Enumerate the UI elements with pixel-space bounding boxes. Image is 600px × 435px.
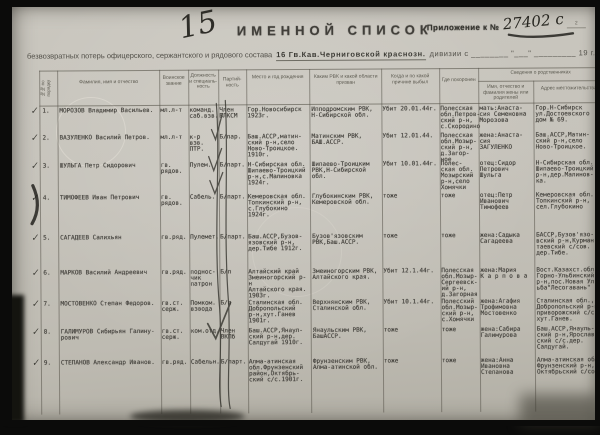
soldier-name: ГАЛИМУРОВ Сибирьян Галину- рович bbox=[61, 329, 160, 342]
annex-label: Приложение к № bbox=[427, 23, 500, 32]
relative-address: Баш.АССР,Матин- ский р-н,село Ново-Троиц… bbox=[536, 132, 600, 150]
relative: жена:Анаста- сия ЗАГУЛЕНКО bbox=[480, 133, 533, 151]
table-row: ✓ 8. ГАЛИМУРОВ Сибирьян Галину- рович гв… bbox=[13, 326, 600, 331]
check-mark-icon: ✓ bbox=[31, 299, 40, 310]
table-row: ✓ 9. СТЕПАНОВ Александр Иванов. гв.ряд. … bbox=[13, 357, 600, 362]
relative-address: Кемеровская обл. Топкинский р-н, сел.Глу… bbox=[536, 192, 600, 210]
soldier-name: ШУЛЬГА Петр Сидорович bbox=[60, 163, 159, 170]
casualty: тоже bbox=[383, 193, 439, 199]
row-number: 5. bbox=[43, 235, 59, 241]
party: Б/пар. bbox=[220, 134, 246, 140]
col-header-relative: Имя, отчество и фамилия жены или родител… bbox=[479, 85, 532, 102]
row-number: 3. bbox=[43, 163, 59, 169]
casualty: тоже bbox=[384, 327, 440, 333]
duty: Сабель. bbox=[190, 195, 218, 201]
duty: к-р взв. ПТР. bbox=[190, 135, 218, 153]
birthplace: Баш.АССР,Бузов- язовский р-н, дер.Тибе 1… bbox=[248, 234, 309, 252]
relative: жена:Агафия Трофимовна Мостовенко bbox=[481, 299, 534, 317]
rank: гв.ряд. bbox=[161, 235, 188, 241]
party: Член ВКПб bbox=[221, 328, 247, 340]
row-number: 9. bbox=[44, 360, 60, 366]
party: Б/парт. bbox=[220, 234, 246, 240]
col-header-duty: Должность и специаль- ность bbox=[189, 74, 217, 91]
unit-name: 16 Гв.Кав.Черниговской краснозн. bbox=[276, 50, 426, 61]
col-header-party: Партий- ность bbox=[219, 77, 245, 88]
drafted-by: Бузов'язовским РВК,Баш.АССР. bbox=[312, 234, 381, 246]
col-header-burial: Где похоронен bbox=[440, 78, 477, 84]
check-mark-icon: ✓ bbox=[30, 193, 39, 204]
corner-mark: 2 bbox=[567, 20, 586, 28]
col-header-drafted: Каким РВК и какой области призван bbox=[311, 75, 380, 87]
soldier-name: МОРОЗОВ Владимир Васильев. bbox=[59, 108, 158, 115]
handwritten-annex-number: 27402 с bbox=[502, 10, 564, 34]
duty: Сабельн. bbox=[191, 360, 219, 366]
relative: мать:Анаста- сия Семеновна Морозова bbox=[479, 106, 532, 124]
burial-place: Полесская обл.Мозыр- Сергеевск- ий р-н, … bbox=[441, 268, 478, 298]
soldier-name: МАРКОВ Василий Андреевич bbox=[60, 270, 159, 277]
burial-place: Полесский обл.Мозыр- ский р-н, с.Хомячки bbox=[442, 299, 479, 323]
check-mark-icon: ✓ bbox=[30, 161, 39, 172]
table-row: ✓ 5. САГАДЕЕВ Салихьян гв.ряд. Пулемет. … bbox=[12, 232, 600, 237]
party: Б/парт. bbox=[220, 194, 246, 200]
birthplace: Баш.АССР,матин- ский р-н,село Ново-Троиц… bbox=[248, 134, 309, 158]
birthplace: Алма-атинская обл.Фрунзенский район,Октя… bbox=[249, 359, 310, 383]
check-mark-icon: ✓ bbox=[30, 106, 39, 117]
casualty: Убит 20.01.44г. bbox=[382, 106, 438, 112]
document-subtitle: безвозвратных потерь офицерского, сержан… bbox=[27, 49, 599, 62]
drafted-by: Шипаево-Троицким РВК,Н-Сибирской обл. bbox=[312, 162, 381, 180]
rank: гв. рядов. bbox=[161, 195, 188, 207]
duty: поднос- чик патрон bbox=[190, 270, 218, 288]
duty: Помком. взвода bbox=[191, 301, 219, 313]
rank: гв.ст. серж. bbox=[162, 329, 189, 341]
rank: гв. рядов. bbox=[161, 163, 188, 175]
drafted-by: Верхнянским РВК, Сталинской обл. bbox=[313, 300, 382, 312]
burial-place: тоже bbox=[442, 358, 479, 364]
relative-address: Гор.Н-Сибирск ул.Достоевского дом № 69. bbox=[535, 105, 600, 123]
row-number: 4. bbox=[43, 195, 59, 201]
scanned-document-page: 15 ИМЕННОЙ СПИСОК Приложение к № 27402 с… bbox=[12, 7, 595, 420]
page-title: ИМЕННОЙ СПИСОК bbox=[237, 22, 433, 38]
burial-place: тоже bbox=[441, 193, 478, 199]
duty: команд. саб.взв. bbox=[189, 108, 217, 120]
birthplace: Гор.Новосибирск 1923г. bbox=[247, 107, 308, 119]
document-content: 15 ИМЕННОЙ СПИСОК Приложение к № 27402 с… bbox=[11, 5, 597, 422]
soldier-name: ТИМОФЕЕВ Иван Петрович bbox=[60, 195, 159, 202]
birthplace: Сталинская обл. Добропольский р-н,хут.Га… bbox=[249, 300, 310, 324]
burial-place: Полесская обл.Петров- ский р-н, с.Скород… bbox=[440, 106, 477, 130]
relative-address: БАССР,Бузов'язо- вский р-н,Курман- таевс… bbox=[536, 232, 600, 256]
table-row: ✓ 4. ТИМОФЕЕВ Иван Петрович гв. рядов. С… bbox=[12, 192, 600, 197]
scan-border bbox=[595, 0, 600, 426]
burial-place: тоже bbox=[441, 233, 478, 239]
rank: гв.ст. серж. bbox=[162, 301, 189, 313]
relative: жена:Садыка Сагадеева bbox=[480, 233, 533, 245]
birthplace: Н-Сибирская обл. Шипаево-Троицкий р-н,с.… bbox=[248, 162, 309, 186]
casualty: Убит 12.01.44. bbox=[383, 133, 439, 139]
check-mark-icon: ✓ bbox=[30, 133, 39, 144]
drafted-by: Глубокинским РВК, Кемеровской обл. bbox=[312, 194, 381, 206]
relative: жена:Мария К а р п о в а bbox=[480, 268, 533, 280]
burial-place: тоже bbox=[442, 327, 479, 333]
drafted-by: Ипподромским РВК, Н-Сибирской обл. bbox=[311, 107, 380, 119]
group-header-line bbox=[478, 80, 600, 82]
row-number: 6. bbox=[43, 270, 59, 276]
col-header-birthplace: Место и год рождения bbox=[247, 75, 308, 81]
rank: мл.л-т bbox=[160, 108, 187, 114]
relative-address: Сталинская обл., Добропольский р-н приво… bbox=[537, 298, 600, 322]
rank: мл.л-т bbox=[161, 135, 188, 141]
scan-border bbox=[0, 0, 600, 7]
col-header-rank: Воинское звание bbox=[160, 76, 187, 87]
scan-border bbox=[0, 0, 12, 426]
duty: Пулемет. bbox=[190, 235, 218, 241]
col-group-header-relatives: Сведения о родственниках bbox=[478, 70, 600, 76]
party: Б/п bbox=[221, 300, 247, 306]
birthplace: Баш.АССР,Янаул- ский р-н,дер. Салдугай 1… bbox=[249, 328, 310, 346]
soldier-name: МОСТОВЕНКО Степан Федоров. bbox=[61, 301, 160, 308]
col-header-number: №№ по порядку bbox=[40, 72, 55, 105]
burial-place: Полесская обл.Мозыр- ский р-н, д.Загор- … bbox=[441, 133, 478, 163]
relative: отец:Сидор Петрович Шульга bbox=[480, 161, 533, 179]
check-mark-icon: ✓ bbox=[30, 233, 39, 244]
soldier-name: ВАЗУЛЕНКО Василий Петров. bbox=[60, 135, 159, 142]
subtitle-suffix: дивизии с ________ "___" _________ 19 г. bbox=[430, 49, 596, 58]
rank: гв.ряд. bbox=[162, 360, 189, 366]
casualty: Убит 12.1.44г. bbox=[383, 268, 439, 274]
party: Б/п bbox=[220, 269, 246, 275]
relative: отец:Петр Иванович Тимофеев bbox=[480, 193, 533, 211]
subtitle-prefix: безвозвратных потерь офицерского, сержан… bbox=[27, 51, 272, 60]
row-number: 2. bbox=[43, 135, 59, 141]
burial-place: Полес- ская обл. Мозырский р-н,село Хомя… bbox=[441, 161, 478, 191]
party: Б/парт. bbox=[220, 162, 246, 168]
relative-address: Алма-атинская обл. Фрунзенский р-н, Октя… bbox=[537, 357, 600, 375]
duty: Пулем. bbox=[190, 163, 218, 169]
table-row: ✓ 3. ШУЛЬГА Петр Сидорович гв. рядов. Пу… bbox=[12, 160, 600, 165]
handwritten-sheet-number: 15 bbox=[176, 4, 221, 46]
rank: гв.ряд. bbox=[161, 270, 188, 276]
drafted-by: Змеиногорским РВК, Алтайского края. bbox=[312, 269, 381, 281]
relative-address: Баш.АССР,Янауль- ский р-н,Ярослав- ский … bbox=[537, 326, 600, 350]
table-row: ✓ 2. ВАЗУЛЕНКО Василий Петров. мл.л-т к-… bbox=[12, 132, 600, 137]
check-mark-icon: ✓ bbox=[31, 268, 40, 279]
party: Б/парт. bbox=[221, 359, 247, 365]
scan-border bbox=[0, 420, 600, 426]
row-number: 8. bbox=[44, 329, 60, 335]
relative: жена:Анна Ивановна Степанова bbox=[481, 358, 534, 376]
birthplace: Алтайский край Змеиногорский р-н Алтайск… bbox=[248, 269, 309, 299]
drafted-by: Фрунзенским РВК, Алма-атинской обл. bbox=[313, 359, 382, 371]
check-mark-icon: ✓ bbox=[31, 358, 40, 369]
relative-address: Н-Сибирская обл. Шипаево-Троицкий р-н,де… bbox=[536, 160, 600, 184]
col-header-address: Адрес местожительства bbox=[535, 86, 600, 92]
birthplace: Кемеровская обл. Топкинский р-н, с.Глубо… bbox=[248, 194, 309, 218]
party: Член ВЛКСМ bbox=[219, 107, 245, 119]
drafted-by: Матинским РВК, БАШ.АССР. bbox=[312, 134, 381, 146]
relative: жена:Сабира Галимурова bbox=[481, 327, 534, 339]
col-header-casualty: Когда и по какой причине выбыл bbox=[382, 74, 438, 86]
casualty: тоже bbox=[384, 358, 440, 364]
relative-address: Вост.Казахст.обл. Горно-Ульбинский р-н,п… bbox=[536, 267, 600, 291]
col-header-name: Фамилия, имя и отчество bbox=[59, 80, 158, 86]
casualty: Убит 10.01.44г. bbox=[383, 161, 439, 167]
row-number: 1. bbox=[42, 108, 58, 114]
check-mark-icon: ✓ bbox=[31, 327, 40, 338]
row-number: 7. bbox=[44, 301, 60, 307]
casualty: Убит 10.1.44г. bbox=[384, 299, 440, 305]
drafted-by: Янаульским РВК, БашАССР. bbox=[313, 328, 382, 340]
duty: ком.отд. bbox=[191, 329, 219, 335]
table-row: ✓ 6. МАРКОВ Василий Андреевич гв.ряд. по… bbox=[12, 267, 600, 272]
casualty: тоже bbox=[383, 233, 439, 239]
soldier-name: САГАДЕЕВ Салихьян bbox=[60, 235, 159, 242]
soldier-name: СТЕПАНОВ Александр Иванов. bbox=[61, 360, 160, 367]
